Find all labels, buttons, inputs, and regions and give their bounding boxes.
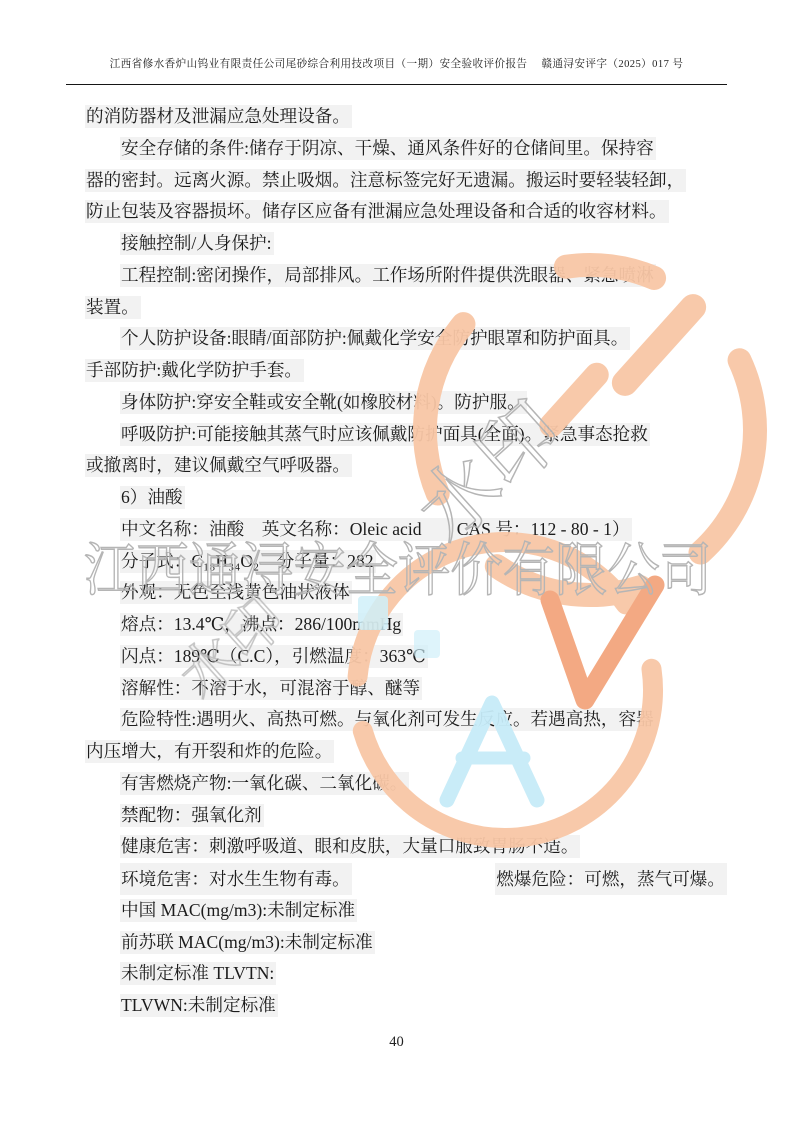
- body-line: 接触控制/人身保护:: [85, 228, 727, 260]
- body-line-text: 身体防护:穿安全鞋或安全靴(如橡胶材料)。防护服。: [120, 391, 527, 414]
- page-header: 江西省修水香炉山钨业有限责任公司尾砂综合利用技改项目（一期）安全验收评价报告赣通…: [40, 56, 753, 71]
- page-number: 40: [0, 1034, 793, 1051]
- body-line-text: 装置。: [85, 296, 141, 319]
- header-divider: [66, 84, 727, 85]
- body-line: 工程控制:密闭操作，局部排风。工作场所附件提供洗眼器、紧急喷淋: [85, 260, 727, 292]
- body-line-text: 工程控制:密闭操作，局部排风。工作场所附件提供洗眼器、紧急喷淋: [120, 264, 656, 287]
- report-doc-number: 赣通浔安评字（2025）017 号: [541, 59, 683, 70]
- body-line: 分子式：C₁₈H₃₄O₂ 分子量：282: [85, 546, 727, 578]
- body-line-text: 器的密封。远离火源。禁止吸烟。注意标签完好无遗漏。搬运时要轻装轻卸，: [85, 169, 686, 192]
- body-line-text: 或撤离时，建议佩戴空气呼吸器。: [85, 454, 352, 477]
- body-line: 身体防护:穿安全鞋或安全靴(如橡胶材料)。防护服。: [85, 387, 727, 419]
- body-line: 健康危害：刺激呼吸道、眼和皮肤，大量口服致胃肠不适。: [85, 831, 727, 863]
- body-line-text: 内压增大，有开裂和炸的危险。: [85, 740, 334, 763]
- body-line: 装置。: [85, 292, 727, 324]
- body-line: 闪点：189℃（C.C），引燃温度：363℃: [85, 641, 727, 673]
- body-line-right: 燃爆危险：可燃，蒸气可爆。: [495, 863, 727, 895]
- body-line-text: 未制定标准 TLVTN:: [120, 962, 276, 985]
- body-line: 危险特性:遇明火、高热可燃。与氧化剂可发生反应。若遇高热，容器: [85, 704, 727, 736]
- body-line: 中国 MAC(mg/m3):未制定标准: [85, 895, 727, 927]
- body-line: 未制定标准 TLVTN:: [85, 958, 727, 990]
- body-line-text: 个人防护设备:眼睛/面部防护:佩戴化学安全防护眼罩和防护面具。: [120, 327, 630, 350]
- body-line: 安全存储的条件:储存于阴凉、干燥、通风条件好的仓储间里。保持容: [85, 133, 727, 165]
- body-line-text: 健康危害：刺激呼吸道、眼和皮肤，大量口服致胃肠不适。: [120, 835, 580, 858]
- body-line-text: 危险特性:遇明火、高热可燃。与氧化剂可发生反应。若遇高热，容器: [120, 708, 656, 731]
- body-line-text: 外观：无色至浅黄色油状液体: [120, 581, 352, 604]
- body-line-text: 分子式：C₁₈H₃₄O₂ 分子量：282: [120, 550, 376, 573]
- body-line-text: 禁配物：强氧化剂: [120, 804, 264, 827]
- body-line: 熔点：13.4℃，沸点：286/100mmHg: [85, 609, 727, 641]
- body-line: 呼吸防护:可能接触其蒸气时应该佩戴防护面具(全面)。紧急事态抢救: [85, 419, 727, 451]
- body-line: TLVWN:未制定标准: [85, 990, 727, 1022]
- body-line: 环境危害：对水生生物有毒。燃爆危险：可燃，蒸气可爆。: [85, 863, 727, 895]
- body-text: 的消防器材及泄漏应急处理设备。安全存储的条件:储存于阴凉、干燥、通风条件好的仓储…: [85, 101, 727, 1022]
- body-line: 中文名称：油酸 英文名称：Oleic acid CAS 号：112 - 80 -…: [85, 514, 727, 546]
- body-line-text: 中文名称：油酸 英文名称：Oleic acid CAS 号：112 - 80 -…: [120, 518, 632, 541]
- body-line-text: 中国 MAC(mg/m3):未制定标准: [120, 899, 357, 922]
- body-line: 外观：无色至浅黄色油状液体: [85, 577, 727, 609]
- body-line: 防止包装及容器损坏。储存区应备有泄漏应急处理设备和合适的收容材料。: [85, 196, 727, 228]
- body-line-text: 前苏联 MAC(mg/m3):未制定标准: [120, 931, 375, 954]
- body-line-text: 溶解性：不溶于水，可混溶于醇、醚等: [120, 677, 422, 700]
- body-line: 溶解性：不溶于水，可混溶于醇、醚等: [85, 673, 727, 705]
- body-line-text: 呼吸防护:可能接触其蒸气时应该佩戴防护面具(全面)。紧急事态抢救: [120, 423, 650, 446]
- body-line: 前苏联 MAC(mg/m3):未制定标准: [85, 927, 727, 959]
- body-line-text: 熔点：13.4℃，沸点：286/100mmHg: [120, 613, 403, 636]
- body-line-text: 安全存储的条件:储存于阴凉、干燥、通风条件好的仓储间里。保持容: [120, 137, 656, 160]
- body-line-text: 防止包装及容器损坏。储存区应备有泄漏应急处理设备和合适的收容材料。: [85, 200, 669, 223]
- body-line: 的消防器材及泄漏应急处理设备。: [85, 101, 727, 133]
- body-line-text: 手部防护:戴化学防护手套。: [85, 359, 304, 382]
- body-line: 手部防护:戴化学防护手套。: [85, 355, 727, 387]
- body-line: 6）油酸: [85, 482, 727, 514]
- body-line-text: TLVWN:未制定标准: [120, 994, 278, 1017]
- body-line: 或撤离时，建议佩戴空气呼吸器。: [85, 450, 727, 482]
- body-line-text: 接触控制/人身保护:: [120, 232, 274, 255]
- body-line: 禁配物：强氧化剂: [85, 800, 727, 832]
- body-line: 器的密封。远离火源。禁止吸烟。注意标签完好无遗漏。搬运时要轻装轻卸，: [85, 165, 727, 197]
- body-line-text: 6）油酸: [120, 486, 185, 509]
- document-page: 江西省修水香炉山钨业有限责任公司尾砂综合利用技改项目（一期）安全验收评价报告赣通…: [0, 0, 793, 1122]
- body-line: 有害燃烧产物:一氧化碳、二氧化碳。: [85, 768, 727, 800]
- body-line: 内压增大，有开裂和炸的危险。: [85, 736, 727, 768]
- body-line-left: 环境危害：对水生生物有毒。: [120, 863, 352, 895]
- report-title: 江西省修水香炉山钨业有限责任公司尾砂综合利用技改项目（一期）安全验收评价报告: [110, 59, 528, 70]
- body-line-text: 有害燃烧产物:一氧化碳、二氧化碳。: [120, 772, 409, 795]
- body-line-text: 的消防器材及泄漏应急处理设备。: [85, 105, 352, 128]
- body-line: 个人防护设备:眼睛/面部防护:佩戴化学安全防护眼罩和防护面具。: [85, 323, 727, 355]
- body-line-text: 闪点：189℃（C.C），引燃温度：363℃: [120, 645, 428, 668]
